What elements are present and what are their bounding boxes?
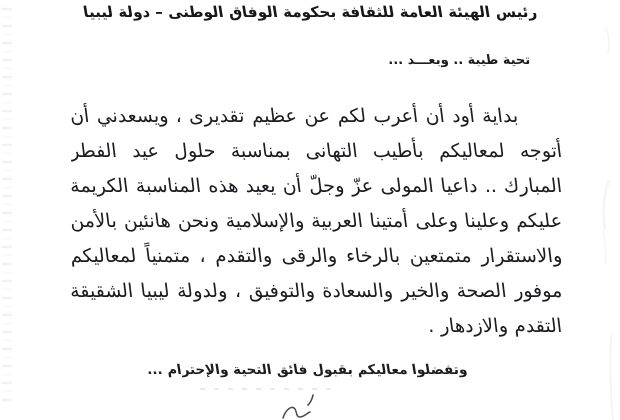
- letter-body: بداية أود أن أعرب لكم عن عظيم تقديرى ، و…: [70, 99, 562, 344]
- body-line-7: التقدم والازدهار .: [68, 309, 564, 344]
- scan-edge-artifact-right: [575, 0, 620, 420]
- body-line-6: موفور الصحة والخير والسعادة والتوفيق ، و…: [68, 274, 564, 309]
- body-line-4: عليكم وعلينا وعلى أمتينا العربية والإسلا…: [68, 204, 564, 239]
- body-line-2: أتوجه لمعاليكم بأطيب التهانى بمناسبة حلو…: [68, 134, 564, 169]
- closing-line: وتفضلوا معاليكم بقبول فائق التحية والإحت…: [71, 362, 544, 378]
- scan-bleedthrough-artifact: [200, 388, 340, 390]
- scan-edge-artifact-left: [2, 8, 12, 408]
- body-line-3: المبارك .. داعيا المولى عزّ وجلّ أن يعيد…: [68, 169, 564, 204]
- signature-mark: [276, 392, 332, 420]
- salutation-line: تحية طيبة .. وبعـــد ...: [387, 53, 532, 68]
- body-line-1: بداية أود أن أعرب لكم عن عظيم تقديرى ، و…: [68, 99, 564, 134]
- body-line-5: والاستقرار متمتعين بالرخاء والرقى والتقد…: [68, 239, 564, 274]
- scanned-letter-page: رئيس الهيئة العامة للثقافة بحكومة الوفاق…: [0, 0, 620, 420]
- letterhead-title: رئيس الهيئة العامة للثقافة بحكومة الوفاق…: [69, 3, 552, 21]
